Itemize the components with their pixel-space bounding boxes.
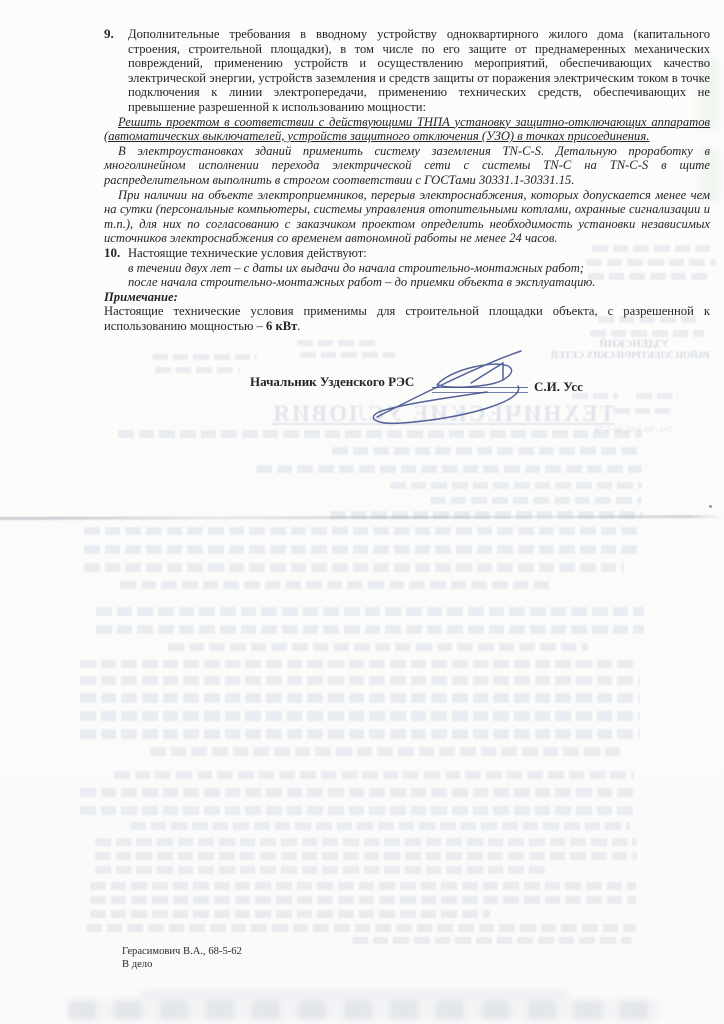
note-power-value: 6 кВт [266, 319, 297, 333]
bleed-through-line [120, 581, 550, 589]
bleed-through-line [84, 563, 624, 572]
item-9-requirement-2: В электроустановках зданий применить сис… [104, 144, 710, 188]
note-paragraph: Настоящие технические условия применимы … [104, 304, 710, 333]
paper-speck [709, 505, 712, 508]
bleed-through-line [114, 771, 634, 779]
bleed-through-line [95, 852, 637, 860]
bleed-through-line [155, 367, 240, 373]
bleed-through-line [80, 693, 640, 703]
item-10-number: 10. [104, 246, 120, 261]
bleed-through-line [90, 896, 636, 904]
bleed-through-line [86, 924, 636, 932]
bleed-through-line [95, 838, 637, 846]
bleed-through-line [80, 660, 638, 668]
item-9-requirement-3: При наличии на объекте электроприемников… [104, 188, 710, 246]
item-9-requirement-1: Решить проектом в соответствии с действу… [104, 115, 710, 144]
bleed-through-line [95, 866, 545, 874]
paper-crease [0, 515, 724, 520]
bleed-through-line [130, 822, 630, 830]
bleed-through-line [168, 643, 588, 651]
signature-name: С.И. Усс [534, 379, 583, 395]
bleed-through-line [80, 711, 640, 721]
paragraph-item-9: 9. Дополнительные требования в вводному … [104, 27, 710, 115]
document-body: 9. Дополнительные требования в вводному … [104, 27, 710, 333]
bleed-through-line [80, 788, 636, 797]
item-10-text: Настоящие технические условия действуют: [128, 246, 367, 260]
bleed-through-line [84, 545, 642, 554]
bleed-through-line [430, 497, 642, 504]
item-10-validity-2: после начала строительно-монтажных работ… [128, 275, 710, 290]
item-9-text: Дополнительные требования в вводному уст… [128, 27, 710, 114]
bleed-through-line [84, 527, 640, 535]
note-text: Настоящие технические условия применимы … [104, 304, 710, 333]
document-footer: Герасимович В.А., 68-5-62 В дело [122, 945, 242, 971]
footer-file-note: В дело [122, 958, 242, 971]
bleed-through-line [332, 447, 642, 455]
signature-scrawl-image [290, 340, 650, 435]
bleed-through-band [68, 1000, 660, 1020]
bleed-through-line [96, 625, 644, 634]
paragraph-item-10: 10. Настоящие технические условия действ… [104, 246, 710, 261]
note-text-end: . [297, 319, 300, 333]
bleed-through-line [256, 465, 642, 473]
bleed-through-line [96, 607, 644, 616]
footer-contact: Герасимович В.А., 68-5-62 [122, 945, 242, 958]
bleed-through-line [80, 806, 636, 815]
scanned-document-page: ТЕХНИЧЕСКИЕ УСЛОВИЯ УЗДЕНСКИЙ РАЙОН ЭЛЕК… [0, 0, 724, 1024]
bleed-through-line [352, 937, 632, 944]
bleed-through-smear [140, 990, 570, 999]
bleed-through-line [152, 354, 257, 360]
bleed-through-line [150, 747, 620, 756]
item-10-validity-1: в течении двух лет – с даты их выдачи до… [128, 261, 710, 276]
bleed-through-line [90, 910, 490, 918]
note-label: Примечание: [104, 290, 710, 305]
bleed-through-line [390, 482, 642, 489]
item-9-number: 9. [104, 27, 114, 42]
bleed-through-line [80, 676, 640, 685]
bleed-through-line [80, 729, 640, 739]
bleed-through-line [90, 882, 636, 890]
